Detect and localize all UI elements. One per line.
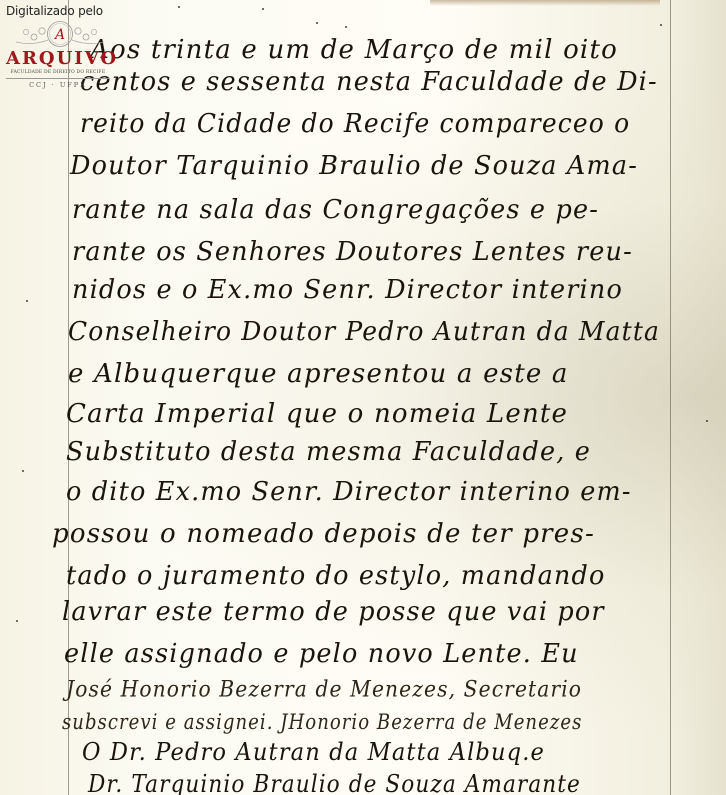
watermark-divider (6, 78, 110, 79)
watermark-department: CCJ · UFPE (4, 81, 112, 89)
watermark-subtitle: FACULDADE DE DIREITO DO RECIFE (4, 70, 112, 75)
manuscript-line: rante na sala das Congregações e pe- (72, 195, 599, 225)
digitization-watermark: Digitalizado pelo A ARQUIVO FACULDADE DE… (2, 2, 120, 94)
manuscript-line: possou o nomeado depois de ter pres- (52, 519, 595, 549)
manuscript-line: Substituto desta mesma Faculdade, e (66, 437, 591, 467)
manuscript-line: centos e sessenta nesta Faculdade de Di- (80, 67, 658, 97)
watermark-brand: ARQUIVO (6, 48, 110, 69)
manuscript-line: Aos trinta e um de Março de mil oito (90, 35, 618, 65)
manuscript-line: o dito Ex.mo Senr. Director interino em- (66, 477, 632, 507)
manuscript-line: José Honorio Bezerra de Menezes, Secreta… (66, 678, 582, 703)
watermark-label: Digitalizado pelo (6, 4, 103, 18)
arquivo-emblem-icon: A (12, 20, 108, 48)
manuscript-line: tado o juramento do estylo, mandando (66, 561, 606, 591)
manuscript-line: reito da Cidade do Recife compareceo o (80, 109, 630, 139)
handwritten-text: Aos trinta e um de Março de mil oito cen… (0, 0, 726, 795)
manuscript-line: nidos e o Ex.mo Senr. Director interino (72, 275, 623, 305)
signature-line: O Dr. Pedro Autran da Matta Albuq.e (82, 738, 545, 766)
manuscript-line: Doutor Tarquinio Braulio de Souza Ama- (70, 151, 638, 181)
manuscript-line: rante os Senhores Doutores Lentes reu- (72, 237, 633, 267)
manuscript-line: elle assignado e pelo novo Lente. Eu (64, 639, 579, 669)
manuscript-page: Aos trinta e um de Março de mil oito cen… (0, 0, 726, 795)
manuscript-line: lavrar este termo de posse que vai por (62, 597, 605, 627)
manuscript-line: subscrevi e assignei. JHonorio Bezerra d… (62, 710, 582, 734)
signature-line: Dr. Tarquinio Braulio de Souza Amarante (88, 770, 581, 795)
manuscript-line: Carta Imperial que o nomeia Lente (66, 399, 568, 429)
svg-text:A: A (53, 27, 65, 43)
manuscript-line: e Albuquerque apresentou a este a (68, 359, 569, 389)
manuscript-line: Conselheiro Doutor Pedro Autran da Matta (68, 317, 660, 347)
